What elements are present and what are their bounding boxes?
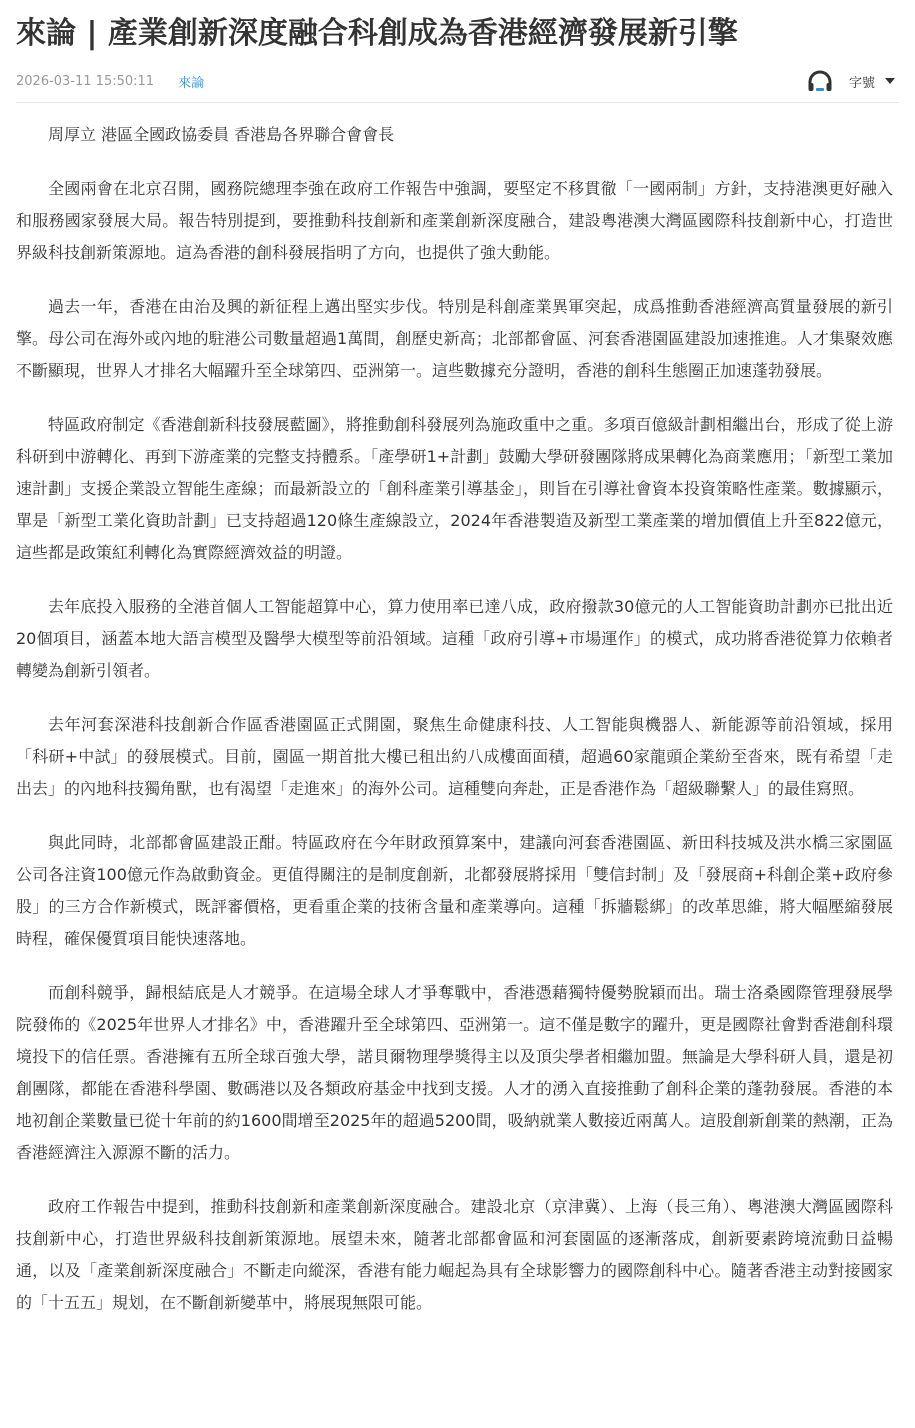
paragraph: 而創科競爭，歸根結底是人才競爭。在這場全球人才爭奪戰中，香港憑藉獨特優勢脫穎而出… bbox=[16, 977, 899, 1169]
font-size-label: 字號 bbox=[849, 72, 875, 91]
audio-play-button[interactable] bbox=[805, 69, 835, 93]
paragraph: 政府工作報告中提到，推動科技創新和產業創新深度融合。建設北京（京津冀）、上海（長… bbox=[16, 1191, 899, 1319]
article-page: 來論 | 產業創新深度融合科創成為香港經濟發展新引擎 2026-03-11 15… bbox=[0, 0, 915, 1319]
caret-down-icon bbox=[885, 78, 895, 84]
paragraph: 與此同時，北部都會區建設正酣。特區政府在今年財政預算案中，建議向河套香港園區、新… bbox=[16, 827, 899, 955]
headphones-icon bbox=[807, 70, 833, 92]
article-meta-bar: 2026-03-11 15:50:11 來論 字號 bbox=[16, 60, 899, 103]
article-controls: 字號 bbox=[805, 69, 895, 93]
article-body: 周厚立 港區全國政協委員 香港島各界聯合會會長 全國兩會在北京召開，國務院總理李… bbox=[16, 103, 899, 1319]
publish-date: 2026-03-11 15:50:11 bbox=[16, 74, 154, 89]
category-link[interactable]: 來論 bbox=[178, 72, 204, 91]
paragraph: 去年底投入服務的全港首個人工智能超算中心，算力使用率已達八成，政府撥款30億元的… bbox=[16, 591, 899, 687]
paragraph: 全國兩會在北京召開，國務院總理李強在政府工作報告中強調，要堅定不移貫徹「一國兩制… bbox=[16, 173, 899, 269]
article-title: 來論 | 產業創新深度融合科創成為香港經濟發展新引擎 bbox=[16, 0, 899, 54]
author-line: 周厚立 港區全國政協委員 香港島各界聯合會會長 bbox=[16, 119, 899, 151]
paragraph: 過去一年，香港在由治及興的新征程上邁出堅实步伐。特別是科創產業異軍突起，成爲推動… bbox=[16, 291, 899, 387]
paragraph: 去年河套深港科技創新合作區香港園區正式開園，聚焦生命健康科技、人工智能與機器人、… bbox=[16, 709, 899, 805]
font-size-dropdown[interactable]: 字號 bbox=[849, 72, 895, 91]
paragraph: 特區政府制定《香港創新科技發展藍圖》，將推動創科發展列為施政重中之重。多項百億級… bbox=[16, 409, 899, 569]
